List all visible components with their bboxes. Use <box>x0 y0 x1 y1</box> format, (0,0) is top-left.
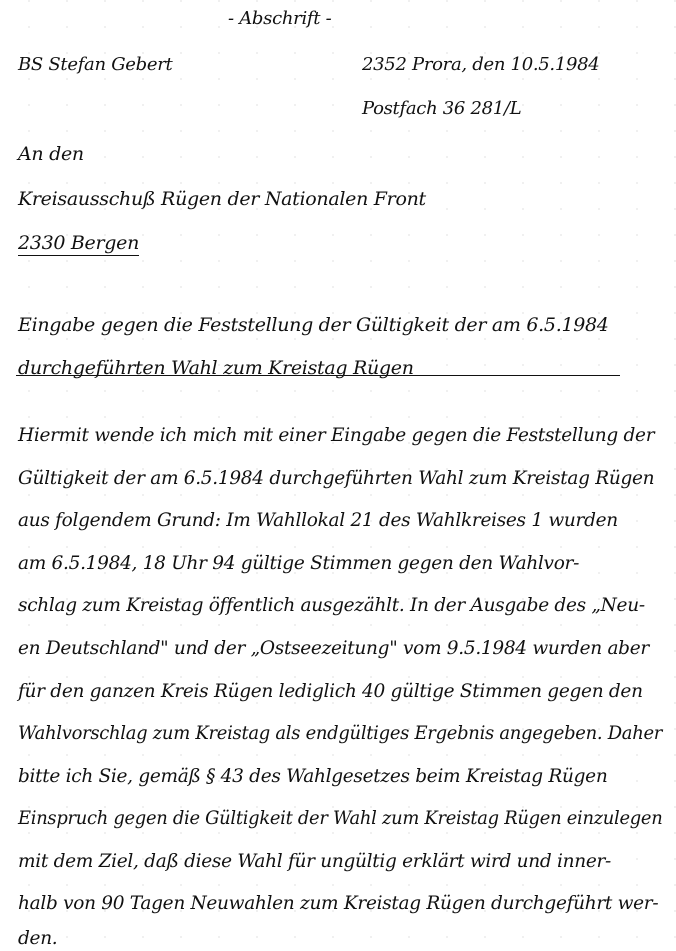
body-line: Hiermit wende ich mich mit einer Eingabe… <box>18 427 654 446</box>
place-date: 2352 Prora, den 10.5.1984 <box>362 56 599 74</box>
recipient-line-1: An den <box>18 145 84 164</box>
recipient-line-2: Kreisausschuß Rügen der Nationalen Front <box>18 190 426 209</box>
body-line: halb von 90 Tagen Neuwahlen zum Kreistag… <box>18 895 658 914</box>
postfach: Postfach 36 281/L <box>362 100 521 118</box>
sender-name: BS Stefan Gebert <box>18 56 172 74</box>
body-line: en Deutschland" und der „Ostseezeitung" … <box>18 640 649 659</box>
subject-underline <box>16 375 620 376</box>
body-line: den. <box>18 930 57 949</box>
recipient-line-3: 2330 Bergen <box>18 234 139 256</box>
document-heading: - Abschrift - <box>228 10 331 28</box>
body-line: aus folgendem Grund: Im Wahllokal 21 des… <box>18 512 618 531</box>
body-line: für den ganzen Kreis Rügen lediglich 40 … <box>18 683 643 702</box>
body-line: Einspruch gegen die Gültigkeit der Wahl … <box>18 810 662 829</box>
body-line: Gültigkeit der am 6.5.1984 durchgeführte… <box>18 470 654 489</box>
body-line: mit dem Ziel, daß diese Wahl für ungülti… <box>18 853 611 872</box>
subject-line-1: Eingabe gegen die Feststellung der Gülti… <box>18 316 609 335</box>
body-line: Wahlvorschlag zum Kreistag als endgültig… <box>18 725 662 744</box>
body-line: bitte ich Sie, gemäß § 43 des Wahlgesetz… <box>18 768 607 787</box>
body-line: schlag zum Kreistag öffentlich ausgezähl… <box>18 597 645 616</box>
body-line: am 6.5.1984, 18 Uhr 94 gültige Stimmen g… <box>18 555 579 574</box>
